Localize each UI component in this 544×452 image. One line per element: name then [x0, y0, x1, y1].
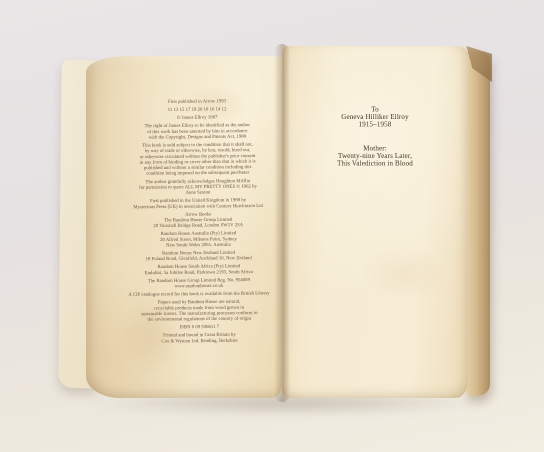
copyright-text: First published in Arrow 199311 13 15 17… — [112, 98, 285, 347]
text-line: with the Copyright, Designs and Patents … — [112, 134, 282, 141]
text-line: © James Ellroy 1987 — [112, 114, 282, 121]
copyright-block: The author gratefully acknowledges Hough… — [113, 178, 283, 197]
text-line: condition being imposed on the subsequen… — [113, 170, 283, 177]
copyright-block: Random House Australia (Pty) Limited20 A… — [113, 230, 283, 249]
text-line: 1915–1958 — [285, 121, 465, 129]
text-line: www.randomhouse.co.uk — [114, 283, 284, 290]
book: First published in Arrow 199311 13 15 17… — [60, 44, 490, 402]
copyright-block: Arrow BooksThe Random House Group Limite… — [113, 211, 283, 230]
copyright-block: ISBN 0 09 936611 7 — [114, 324, 284, 331]
text-line: the environmental regulations of the cou… — [114, 316, 284, 323]
photo-background: First published in Arrow 199311 13 15 17… — [0, 0, 544, 452]
text-line: To — [285, 106, 465, 114]
copyright-block: Printed and bound in Great Britain byCox… — [114, 332, 284, 345]
copyright-block: This book is sold subject to the conditi… — [112, 142, 282, 178]
copyright-block: Papers used by Random House are natural,… — [114, 299, 284, 323]
text-line: Twenty-nine Years Later, — [285, 153, 465, 161]
page-block-edge — [466, 52, 490, 396]
copyright-block: The Random House Group Limited Reg. No. … — [114, 277, 284, 290]
dedication-page: ToGeneva Hilliker Ellroy1915–1958 Mother… — [282, 46, 468, 398]
copyright-block: A CIP catalogue record for this book is … — [114, 291, 284, 298]
dedication-top-group: ToGeneva Hilliker Ellroy1915–1958 — [285, 106, 465, 129]
text-line: Geneva Hilliker Ellroy — [285, 114, 465, 122]
text-line: First published in Arrow 1993 — [112, 98, 282, 105]
text-line: A CIP catalogue record for this book is … — [114, 291, 284, 298]
text-line: New South Wales 2061, Australia — [114, 242, 284, 249]
copyright-block: Random House South Africa (Pty) LimitedE… — [114, 263, 284, 276]
copyright-block: 11 13 15 17 19 20 18 16 14 12 — [112, 106, 282, 113]
copyright-block: First published in the United Kingdom in… — [113, 197, 283, 210]
text-line: This Valediction in Blood — [285, 160, 465, 168]
text-line: Mother: — [285, 145, 465, 153]
dedication-bottom-group: Mother:Twenty-nine Years Later,This Vale… — [285, 145, 465, 168]
text-line: 11 13 15 17 19 20 18 16 14 12 — [112, 106, 282, 113]
text-line: ISBN 0 09 936611 7 — [114, 324, 284, 331]
book-gutter-shadow — [274, 44, 290, 402]
text-line: Endulini, 5a Jubilee Road, Parktown 2193… — [114, 269, 284, 276]
copyright-block: The right of James Ellroy to be identifi… — [112, 122, 282, 141]
copyright-page: First published in Arrow 199311 13 15 17… — [86, 56, 282, 398]
copyright-block: Random House New Zealand Limited18 Polan… — [114, 250, 284, 263]
copyright-block: First published in Arrow 1993 — [112, 98, 282, 105]
text-line: 18 Poland Road, Glenfield, Auckland 10, … — [114, 255, 284, 262]
text-line: Cox & Wyman Ltd, Reading, Berkshire — [115, 338, 285, 345]
text-line: Mysterious Press (UK) in association wit… — [113, 203, 283, 210]
text-line: 20 Vauxhall Bridge Road, London SW1V 2SA — [113, 222, 283, 229]
dedication-text: ToGeneva Hilliker Ellroy1915–1958 Mother… — [285, 106, 465, 168]
copyright-block: © James Ellroy 1987 — [112, 114, 282, 121]
